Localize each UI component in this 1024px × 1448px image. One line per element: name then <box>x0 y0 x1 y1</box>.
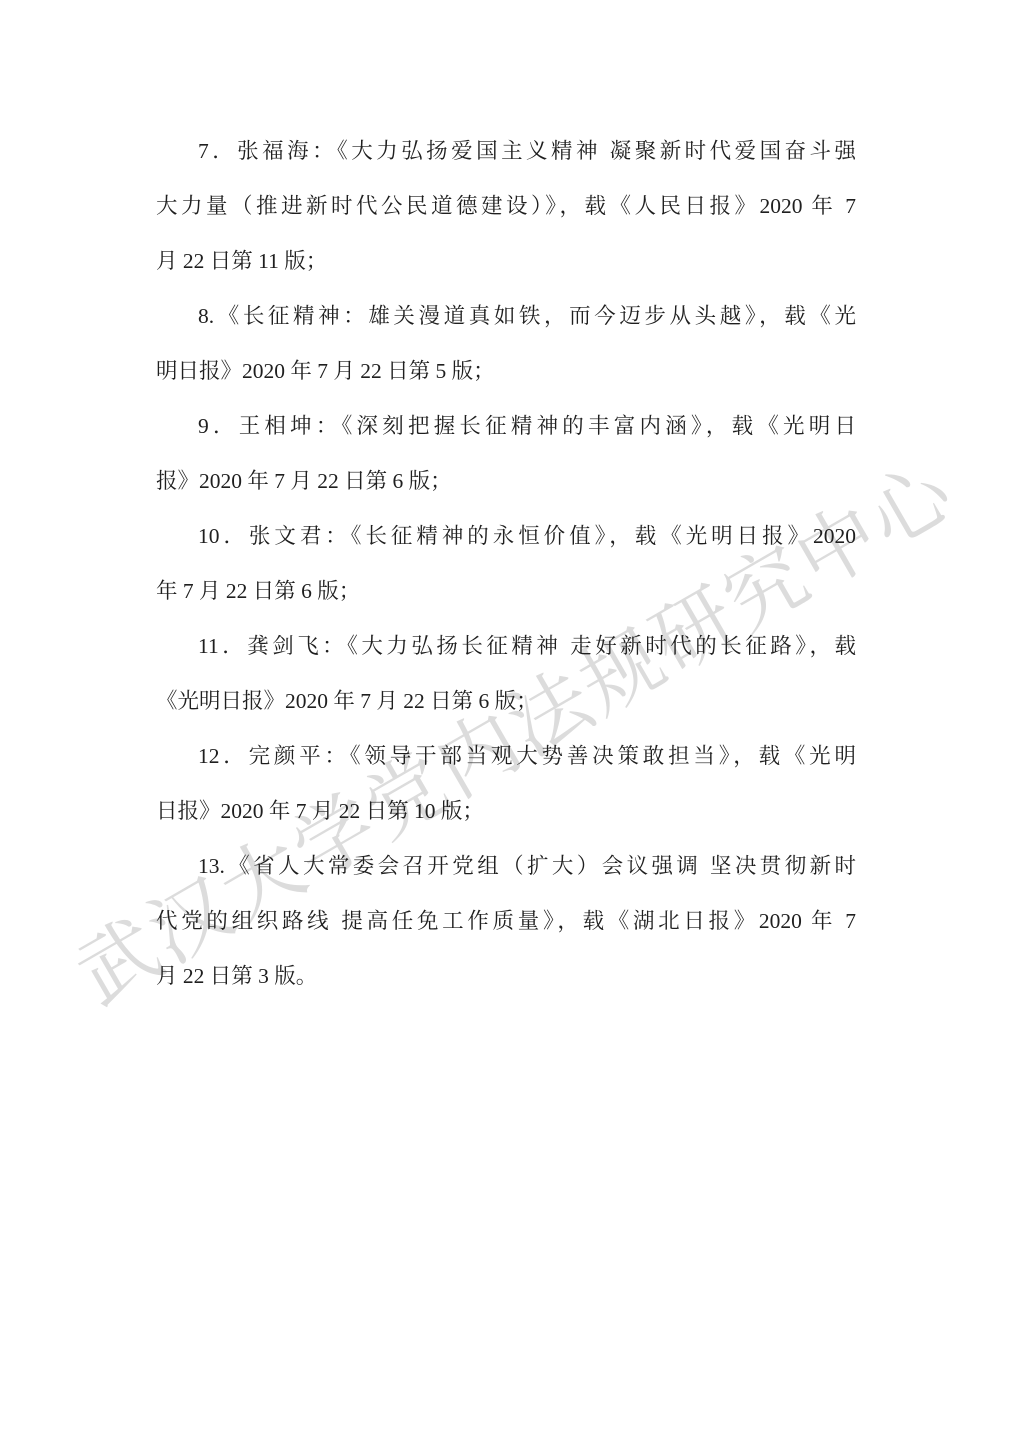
reference-line: 8.《长征精神：雄关漫道真如铁，而今迈步从头越》，载《光 <box>156 289 856 344</box>
reference-line: 9．王相坤：《深刻把握长征精神的丰富内涵》，载《光明日 <box>156 399 856 454</box>
references-list: 7．张福海：《大力弘扬爱国主义精神 凝聚新时代爱国奋斗强 大力量（推进新时代公民… <box>156 124 856 1004</box>
reference-line: 明日报》2020 年 7 月 22 日第 5 版； <box>156 344 856 399</box>
reference-item-10: 10．张文君：《长征精神的永恒价值》，载《光明日报》2020 年 7 月 22 … <box>156 509 856 619</box>
reference-line: 代党的组织路线 提高任免工作质量》，载《湖北日报》2020 年 7 <box>156 894 856 949</box>
reference-line: 《光明日报》2020 年 7 月 22 日第 6 版； <box>156 674 856 729</box>
reference-line: 月 22 日第 11 版； <box>156 234 856 289</box>
reference-item-13: 13.《省人大常委会召开党组（扩大）会议强调 坚决贯彻新时 代党的组织路线 提高… <box>156 839 856 1004</box>
reference-line: 12．完颜平：《领导干部当观大势善决策敢担当》，载《光明 <box>156 729 856 784</box>
reference-line: 10．张文君：《长征精神的永恒价值》，载《光明日报》2020 <box>156 509 856 564</box>
reference-item-7: 7．张福海：《大力弘扬爱国主义精神 凝聚新时代爱国奋斗强 大力量（推进新时代公民… <box>156 124 856 289</box>
reference-item-9: 9．王相坤：《深刻把握长征精神的丰富内涵》，载《光明日 报》2020 年 7 月… <box>156 399 856 509</box>
reference-line: 年 7 月 22 日第 6 版； <box>156 564 856 619</box>
reference-line: 11．龚剑飞：《大力弘扬长征精神 走好新时代的长征路》，载 <box>156 619 856 674</box>
document-page: 武汉大学党内法规研究中心 7．张福海：《大力弘扬爱国主义精神 凝聚新时代爱国奋斗… <box>0 0 1024 1448</box>
reference-item-11: 11．龚剑飞：《大力弘扬长征精神 走好新时代的长征路》，载 《光明日报》2020… <box>156 619 856 729</box>
reference-line: 13.《省人大常委会召开党组（扩大）会议强调 坚决贯彻新时 <box>156 839 856 894</box>
reference-line: 日报》2020 年 7 月 22 日第 10 版； <box>156 784 856 839</box>
reference-line: 报》2020 年 7 月 22 日第 6 版； <box>156 454 856 509</box>
reference-item-8: 8.《长征精神：雄关漫道真如铁，而今迈步从头越》，载《光 明日报》2020 年 … <box>156 289 856 399</box>
reference-line: 月 22 日第 3 版。 <box>156 949 856 1004</box>
reference-line: 大力量（推进新时代公民道德建设）》，载《人民日报》2020 年 7 <box>156 179 856 234</box>
reference-line: 7．张福海：《大力弘扬爱国主义精神 凝聚新时代爱国奋斗强 <box>156 124 856 179</box>
reference-item-12: 12．完颜平：《领导干部当观大势善决策敢担当》，载《光明 日报》2020 年 7… <box>156 729 856 839</box>
